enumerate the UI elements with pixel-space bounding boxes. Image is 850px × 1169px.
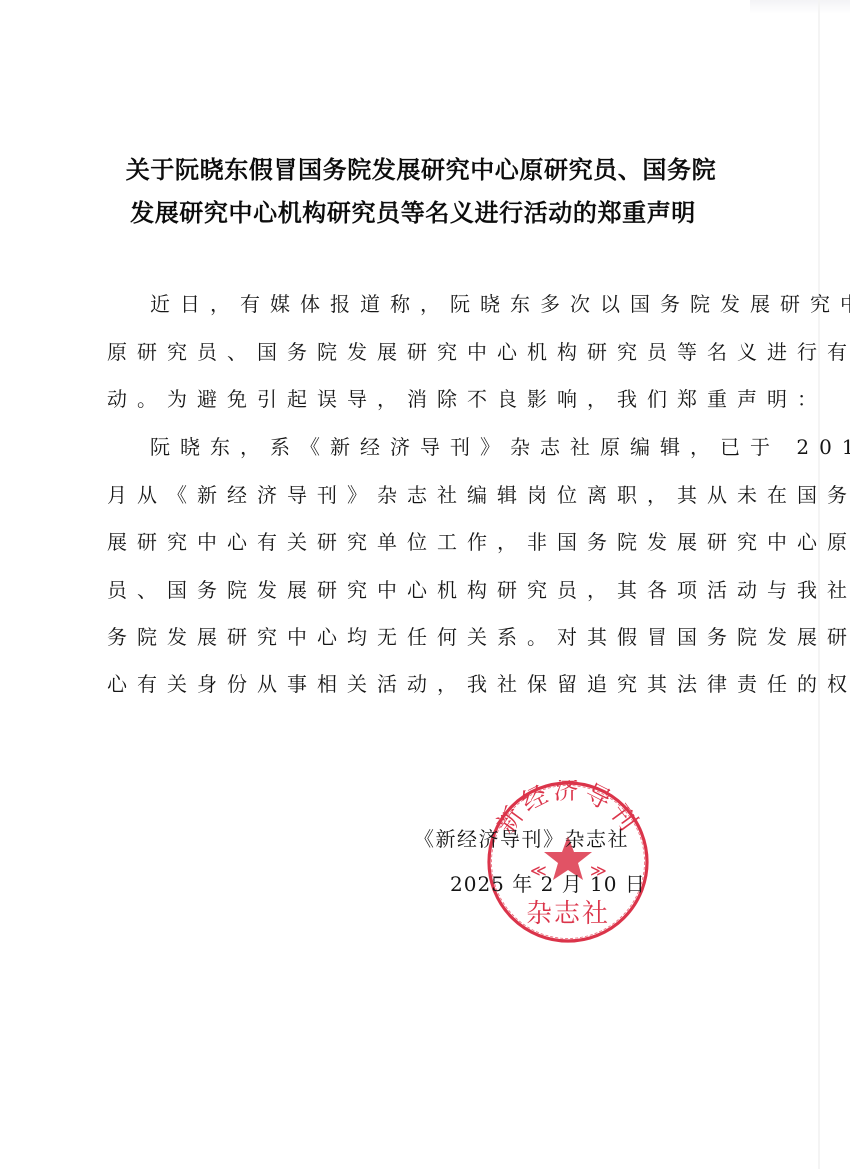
- paragraph-2-line-5: 务院发展研究中心均无任何关系。对其假冒国务院发展研究中: [107, 625, 850, 649]
- paragraph-2-line-2: 月从《新经济导刊》杂志社编辑岗位离职，其从未在国务院发: [107, 483, 850, 507]
- signature-date: 2025 年 2 月 10 日: [450, 872, 646, 896]
- paragraph-2-line-3: 展研究中心有关研究单位工作，非国务院发展研究中心原研究: [107, 530, 850, 554]
- signature-organization: 《新经济导刊》杂志社: [414, 827, 629, 851]
- paragraph-2-line-6: 心有关身份从事相关活动，我社保留追究其法律责任的权利。: [107, 672, 850, 696]
- official-seal: 新经济导刊 ≪ ≫ 杂志社: [486, 780, 650, 944]
- seal-center-text: 杂志社: [526, 899, 610, 929]
- paragraph-1-line-3: 动。为避免引起误导，消除不良影响，我们郑重声明：: [107, 387, 827, 411]
- paragraph-2-line-1: 阮晓东，系《新经济导刊》杂志社原编辑，已于 2018 年 4: [107, 435, 850, 459]
- paragraph-1-line-2: 原研究员、国务院发展研究中心机构研究员等名义进行有关活: [107, 340, 850, 364]
- scan-artifact-top: [750, 0, 850, 14]
- statement-title-line-2: 发展研究中心机构研究员等名义进行活动的郑重声明: [0, 199, 838, 227]
- statement-title-line-1: 关于阮晓东假冒国务院发展研究中心原研究员、国务院: [0, 156, 846, 184]
- paragraph-2-line-4: 员、国务院发展研究中心机构研究员，其各项活动与我社及国: [107, 578, 850, 602]
- paragraph-1-line-1: 近日，有媒体报道称，阮晓东多次以国务院发展研究中心: [107, 292, 850, 316]
- paragraph-1-line-1-text: 近日，有媒体报道称，阮晓东多次以国务院发展研究中心: [150, 292, 850, 316]
- paragraph-2-line-1-text: 阮晓东，系《新经济导刊》杂志社原编辑，已于 2018 年 4: [150, 435, 850, 459]
